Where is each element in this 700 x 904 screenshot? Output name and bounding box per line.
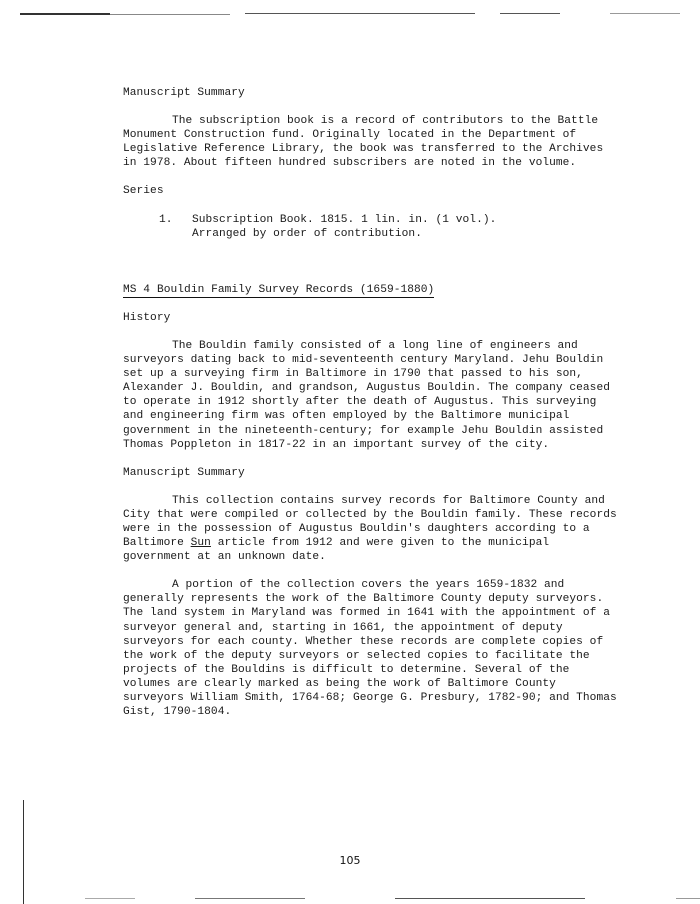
collection-title: MS 4Bouldin Family Survey Records (1659-… [123, 283, 434, 298]
scan-edge-rule [20, 13, 110, 15]
scan-edge-rule [500, 13, 560, 14]
newspaper-title-sun: Sun [191, 537, 211, 549]
history-paragraph: The Bouldin family consisted of a long l… [123, 339, 623, 452]
collection-number: MS 4 [123, 283, 157, 297]
scan-edge-rule [195, 898, 305, 899]
collection-name: Bouldin Family Survey Records (1659-1880… [157, 284, 434, 296]
scan-edge-rule [610, 13, 680, 14]
section-heading-manuscript-summary-ms4: Manuscript Summary [123, 466, 623, 480]
manuscript-summary-paragraph: The subscription book is a record of con… [123, 114, 623, 170]
scan-edge-rule [110, 14, 230, 15]
series-item: 1. Subscription Book. 1815. 1 lin. in. (… [159, 213, 623, 241]
series-item-number: 1. [159, 213, 192, 241]
scan-edge-rule [395, 898, 585, 899]
document-page: Manuscript Summary The subscription book… [123, 86, 623, 719]
series-item-arrangement: Arranged by order of contribution. [192, 227, 496, 241]
section-heading-manuscript-summary: Manuscript Summary [123, 86, 623, 100]
page-number: 105 [0, 854, 700, 867]
scan-edge-rule [676, 898, 700, 899]
series-item-description: Subscription Book. 1815. 1 lin. in. (1 v… [192, 213, 496, 227]
scan-edge-rule [85, 898, 135, 899]
scan-edge-rule [245, 13, 475, 14]
ms4-summary-paragraph-2: A portion of the collection covers the y… [123, 578, 623, 719]
scan-edge-left [23, 800, 24, 904]
section-heading-series: Series [123, 184, 623, 198]
ms4-summary-paragraph-1: This collection contains survey records … [123, 494, 623, 564]
section-heading-history: History [123, 311, 623, 325]
